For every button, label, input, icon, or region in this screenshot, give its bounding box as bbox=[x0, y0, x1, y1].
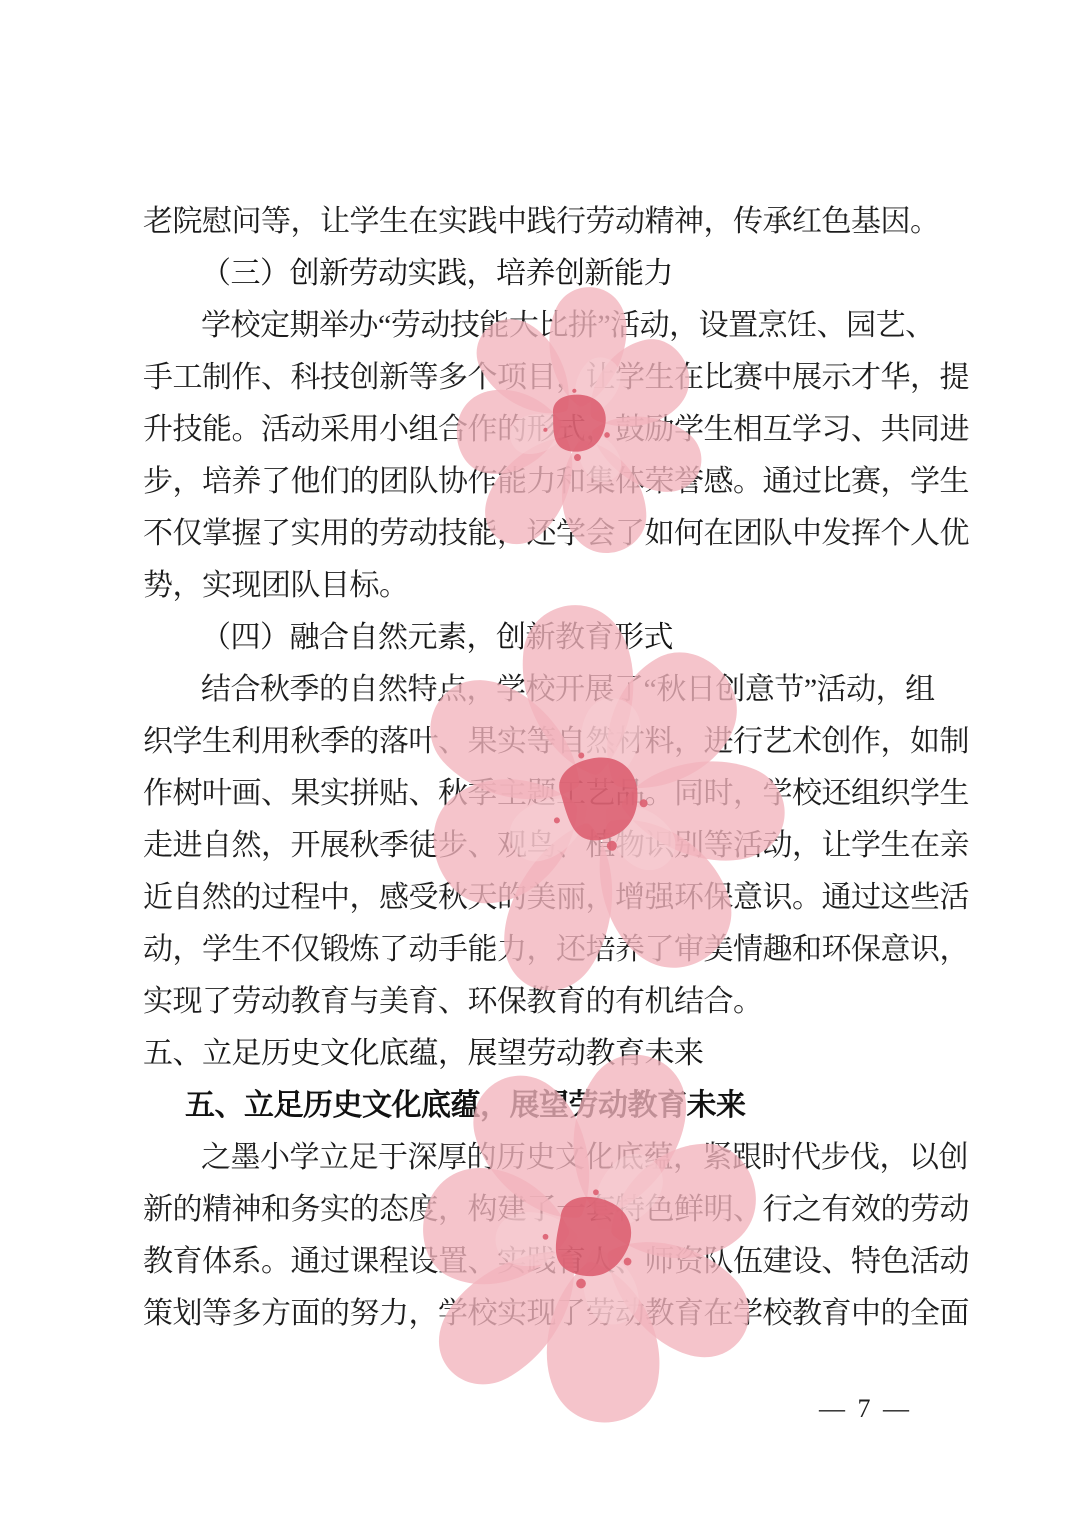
text-line: 织学生利用秋季的落叶、果实等自然材料，进行艺术创作，如制 bbox=[143, 716, 953, 768]
document-page: 老院慰问等，让学生在实践中践行劳动精神，传承红色基因。（三）创新劳动实践，培养创… bbox=[0, 0, 1080, 1527]
section-heading: （三）创新劳动实践，培养创新能力 bbox=[143, 248, 953, 300]
text-line: 学校定期举办“劳动技能大比拼”活动，设置烹饪、园艺、 bbox=[143, 300, 953, 352]
section-heading: （四）融合自然元素，创新教育形式 bbox=[143, 612, 953, 664]
page-number: — 7 — bbox=[819, 1394, 912, 1424]
text-line: 走进自然，开展秋季徒步、观鸟、植物识别等活动，让学生在亲 bbox=[143, 820, 953, 872]
section-heading: 五、立足历史文化底蕴，展望劳动教育未来 bbox=[143, 1028, 953, 1080]
text-line: 新的精神和务实的态度，构建了一套特色鲜明、行之有效的劳动 bbox=[143, 1184, 953, 1236]
text-line: 策划等多方面的努力，学校实现了劳动教育在学校教育中的全面 bbox=[143, 1288, 953, 1340]
text-line: 不仅掌握了实用的劳动技能，还学会了如何在团队中发挥个人优 bbox=[143, 508, 953, 560]
document-text: 老院慰问等，让学生在实践中践行劳动精神，传承红色基因。（三）创新劳动实践，培养创… bbox=[143, 196, 953, 1340]
text-line: 势，实现团队目标。 bbox=[143, 560, 953, 612]
text-line: 手工制作、科技创新等多个项目，让学生在比赛中展示才华，提 bbox=[143, 352, 953, 404]
text-line: 之墨小学立足于深厚的历史文化底蕴，紧跟时代步伐，以创 bbox=[143, 1132, 953, 1184]
text-line: 教育体系。通过课程设置、实践育人、师资队伍建设、特色活动 bbox=[143, 1236, 953, 1288]
section-heading: 五、立足历史文化底蕴，展望劳动教育未来 bbox=[143, 1080, 953, 1132]
text-line: 作树叶画、果实拼贴、秋季主题工艺品。同时，学校还组织学生 bbox=[143, 768, 953, 820]
text-line: 动，学生不仅锻炼了动手能力，还培养了审美情趣和环保意识， bbox=[143, 924, 953, 976]
text-line: 近自然的过程中，感受秋天的美丽，增强环保意识。通过这些活 bbox=[143, 872, 953, 924]
text-line: 升技能。活动采用小组合作的形式，鼓励学生相互学习、共同进 bbox=[143, 404, 953, 456]
text-line: 实现了劳动教育与美育、环保教育的有机结合。 bbox=[143, 976, 953, 1028]
text-line: 步，培养了他们的团队协作能力和集体荣誉感。通过比赛，学生 bbox=[143, 456, 953, 508]
text-line: 结合秋季的自然特点，学校开展了“秋日创意节”活动，组 bbox=[143, 664, 953, 716]
text-line: 老院慰问等，让学生在实践中践行劳动精神，传承红色基因。 bbox=[143, 196, 953, 248]
